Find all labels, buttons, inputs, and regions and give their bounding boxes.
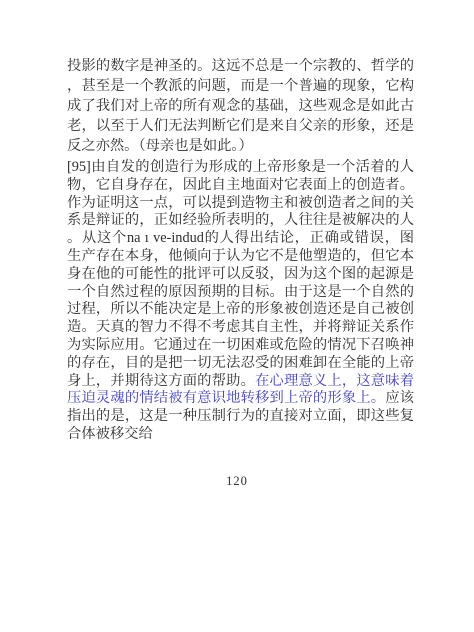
text-segment: [95]由自发的创造行为形成的上帝形象是一个活着的人物，它自身存在，因此自主地面… — [67, 159, 414, 389]
paragraph: [95]由自发的创造行为形成的上帝形象是一个活着的人物，它自身存在，因此自主地面… — [67, 159, 414, 444]
page-content: 投影的数字是神圣的。这远不总是一个宗教的、哲学的，甚至是一个教派的问题，而是一个… — [67, 56, 414, 444]
book-page: 投影的数字是神圣的。这远不总是一个宗教的、哲学的，甚至是一个教派的问题，而是一个… — [0, 0, 474, 632]
paragraph: 投影的数字是神圣的。这远不总是一个宗教的、哲学的，甚至是一个教派的问题，而是一个… — [67, 56, 414, 156]
text-segment: 投影的数字是神圣的。这远不总是一个宗教的、哲学的，甚至是一个教派的问题，而是一个… — [67, 58, 414, 154]
page-number: 120 — [0, 474, 474, 489]
